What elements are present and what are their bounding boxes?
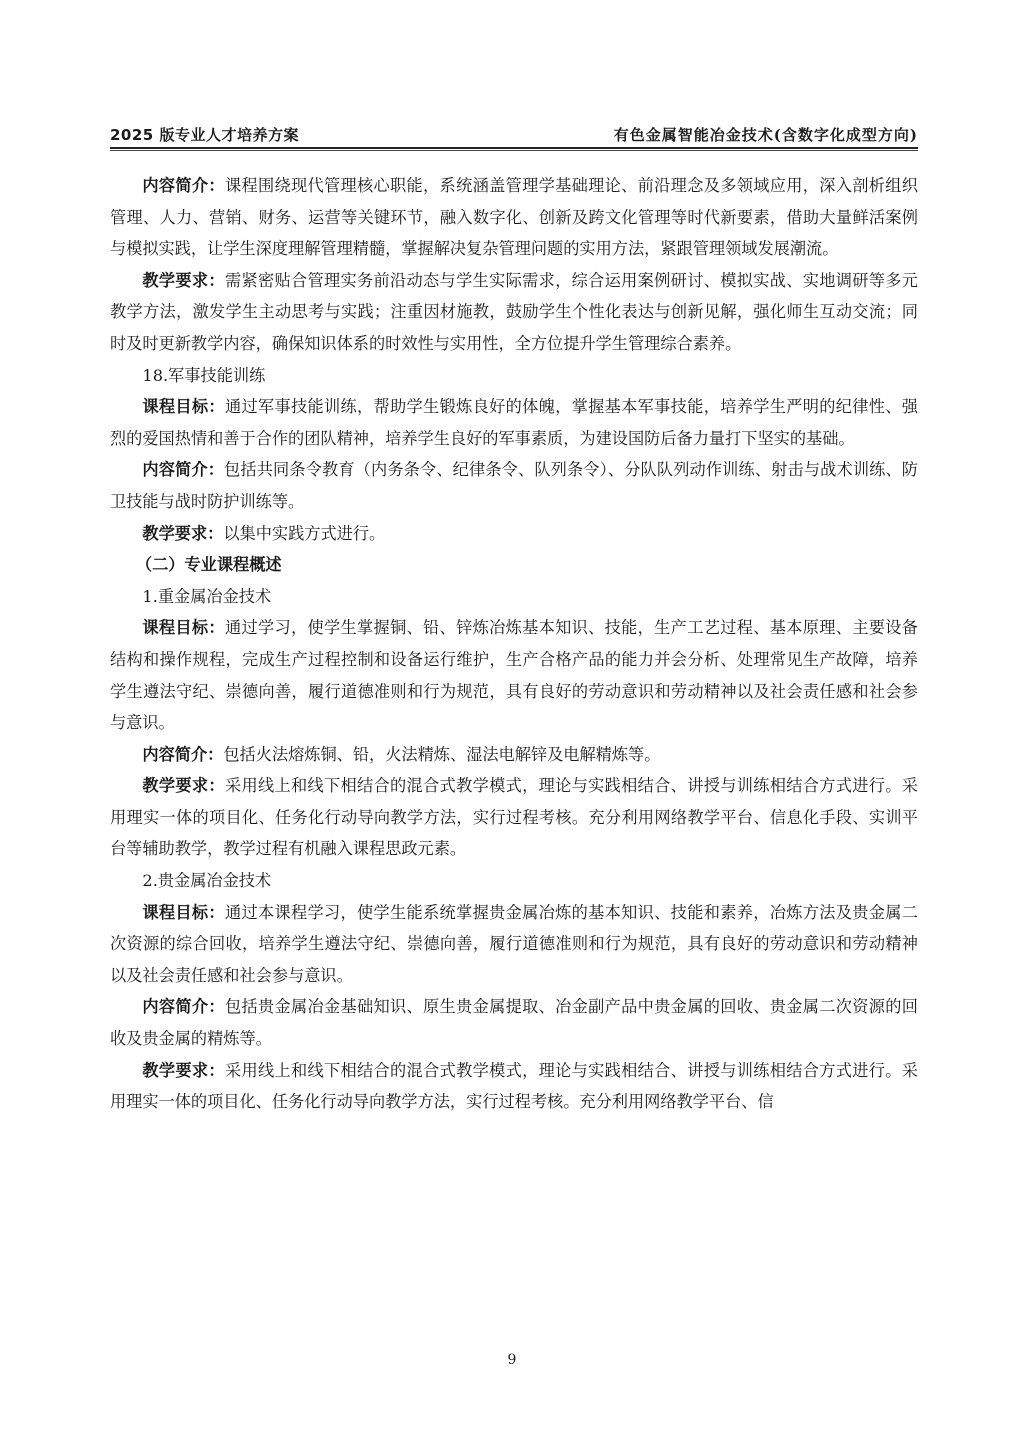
paragraph-text: 通过军事技能训练，帮助学生锻炼良好的体魄，掌握基本军事技能，培养学生严明的纪律性…	[110, 397, 918, 448]
paragraph-requirements: 教学要求：需紧密贴合管理实务前沿动态与学生实际需求，综合运用案例研讨、模拟实战、…	[110, 265, 918, 360]
page-header: 2025 版专业人才培养方案 有色金属智能冶金技术(含数字化成型方向)	[110, 124, 918, 144]
page-number: 9	[0, 1352, 1024, 1368]
paragraph-label: 教学要求：	[142, 776, 225, 795]
section-heading: （二）专业课程概述	[110, 549, 918, 581]
paragraph-text: 包括共同条令教育（内务条令、纪律条令、队列条令）、分队队列动作训练、射击与战术训…	[110, 460, 918, 511]
paragraph-intro: 内容简介：课程围绕现代管理核心职能，系统涵盖管理学基础理论、前沿理念及多领域应用…	[110, 170, 918, 265]
paragraph-requirements: 教学要求：采用线上和线下相结合的混合式教学模式，理论与实践相结合、讲授与训练相结…	[110, 770, 918, 865]
paragraph-text: 通过本课程学习，使学生能系统掌握贵金属冶炼的基本知识、技能和素养，冶炼方法及贵金…	[110, 903, 918, 985]
paragraph-requirements: 教学要求：以集中实践方式进行。	[110, 518, 918, 550]
header-divider	[110, 147, 918, 151]
paragraph-label: 内容简介：	[142, 460, 224, 479]
paragraph-label: 课程目标：	[142, 397, 225, 416]
paragraph-text: 需紧密贴合管理实务前沿动态与学生实际需求，综合运用案例研讨、模拟实战、实地调研等…	[110, 271, 918, 353]
paragraph-label: 内容简介：	[142, 997, 225, 1016]
paragraph-intro: 内容简介：包括火法熔炼铜、铅，火法精炼、湿法电解锌及电解精炼等。	[110, 739, 918, 771]
program-title: 有色金属智能冶金技术(含数字化成型方向)	[614, 124, 918, 145]
paragraph-label: 教学要求：	[142, 524, 223, 543]
paragraph-intro: 内容简介：包括贵金属冶金基础知识、原生贵金属提取、冶金副产品中贵金属的回收、贵金…	[110, 991, 918, 1054]
paragraph-text: 包括火法熔炼铜、铅，火法精炼、湿法电解锌及电解精炼等。	[223, 745, 660, 764]
paragraph-label: 课程目标：	[142, 903, 225, 922]
paragraph-label: 内容简介：	[142, 176, 225, 195]
paragraph-requirements: 教学要求：采用线上和线下相结合的混合式教学模式，理论与实践相结合、讲授与训练相结…	[110, 1055, 918, 1118]
paragraph-text: 课程围绕现代管理核心职能，系统涵盖管理学基础理论、前沿理念及多领域应用，深入剖析…	[110, 176, 918, 258]
course-title: 2.贵金属冶金技术	[110, 865, 918, 897]
paragraph-text: 包括贵金属冶金基础知识、原生贵金属提取、冶金副产品中贵金属的回收、贵金属二次资源…	[110, 997, 918, 1048]
course-title: 1.重金属冶金技术	[110, 581, 918, 613]
paragraph-label: 内容简介：	[142, 745, 223, 764]
paragraph-objective: 课程目标：通过学习，使学生掌握铜、铅、锌炼冶炼基本知识、技能，生产工艺过程、基本…	[110, 612, 918, 738]
paragraph-text: 采用线上和线下相结合的混合式教学模式，理论与实践相结合、讲授与训练相结合方式进行…	[110, 1061, 918, 1112]
paragraph-label: 教学要求：	[142, 271, 225, 290]
paragraph-label: 教学要求：	[142, 1061, 225, 1080]
document-title: 2025 版专业人才培养方案	[110, 124, 299, 145]
paragraph-text: 以集中实践方式进行。	[223, 524, 385, 543]
page-body: 内容简介：课程围绕现代管理核心职能，系统涵盖管理学基础理论、前沿理念及多领域应用…	[110, 170, 918, 1118]
course-title: 18.军事技能训练	[110, 360, 918, 392]
paragraph-objective: 课程目标：通过军事技能训练，帮助学生锻炼良好的体魄，掌握基本军事技能，培养学生严…	[110, 391, 918, 454]
paragraph-intro: 内容简介：包括共同条令教育（内务条令、纪律条令、队列条令）、分队队列动作训练、射…	[110, 454, 918, 517]
paragraph-objective: 课程目标：通过本课程学习，使学生能系统掌握贵金属冶炼的基本知识、技能和素养，冶炼…	[110, 897, 918, 992]
paragraph-text: 通过学习，使学生掌握铜、铅、锌炼冶炼基本知识、技能，生产工艺过程、基本原理、主要…	[110, 618, 918, 732]
paragraph-label: 课程目标：	[142, 618, 225, 637]
paragraph-text: 采用线上和线下相结合的混合式教学模式，理论与实践相结合、讲授与训练相结合方式进行…	[110, 776, 918, 858]
